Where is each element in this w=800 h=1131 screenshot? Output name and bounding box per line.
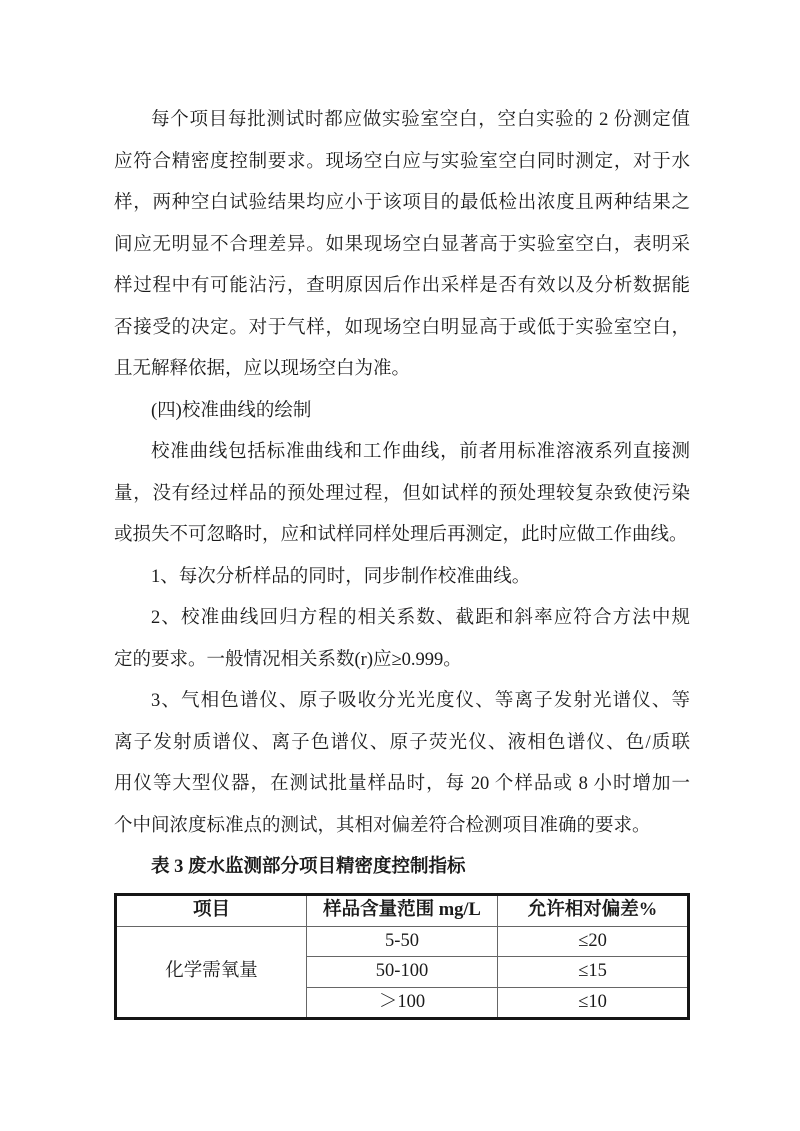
heading-section-4-calibration-curve: (四)校准曲线的绘制 [114, 391, 690, 433]
table-cell-range: 50-100 [307, 957, 498, 988]
table-cell-range: 5-50 [307, 926, 498, 957]
text-line: 应符合精密度控制要求。现场空白应与实验室空白同时测定，对于水 [114, 142, 690, 184]
table-header-row: 项目样品含量范围 mg/L允许相对偏差% [116, 894, 689, 926]
table-body: 化学需氧量5-50≤2050-100≤15＞100≤10 [116, 926, 689, 1019]
text-line: 每个项目每批测试时都应做实验室空白，空白实验的 2 份测定值 [114, 100, 690, 142]
text-line: 校准曲线包括标准曲线和工作曲线，前者用标准溶液系列直接测 [114, 432, 690, 474]
precision-control-table: 项目样品含量范围 mg/L允许相对偏差% 化学需氧量5-50≤2050-100≤… [114, 893, 690, 1021]
text-line: 1、每次分析样品的同时，同步制作校准曲线。 [114, 557, 690, 599]
text-line: 间应无明显不合理差异。如果现场空白显著高于实验室空白，表明采 [114, 225, 690, 267]
table-cell-project: 化学需氧量 [116, 926, 307, 1019]
table-header-cell: 允许相对偏差% [498, 894, 689, 926]
table-cell-range: ＞100 [307, 987, 498, 1019]
table-cell-deviation: ≤15 [498, 957, 689, 988]
text-line: 个中间浓度标准点的测试，其相对偏差符合检测项目准确的要求。 [114, 806, 690, 848]
table-caption: 表 3 废水监测部分项目精密度控制指标 [114, 847, 690, 889]
text-line: 否接受的决定。对于气样，如现场空白明显高于或低于实验室空白， [114, 308, 690, 350]
text-line: 或损失不可忽略时，应和试样同样处理后再测定，此时应做工作曲线。 [114, 515, 690, 557]
table-caption-row: 表 3 废水监测部分项目精密度控制指标 [114, 847, 690, 889]
table-cell-deviation: ≤10 [498, 987, 689, 1019]
table-row: 化学需氧量5-50≤20 [116, 926, 689, 957]
list-item-2-regression-requirements: 2、校准曲线回归方程的相关系数、截距和斜率应符合方法中规定的要求。一般情况相关系… [114, 598, 690, 681]
table-header-cell: 样品含量范围 mg/L [307, 894, 498, 926]
document-body: 每个项目每批测试时都应做实验室空白，空白实验的 2 份测定值应符合精密度控制要求… [114, 100, 690, 847]
text-line: 样过程中有可能沾污，查明原因后作出采样是否有效以及分析数据能 [114, 266, 690, 308]
table-header-cell: 项目 [116, 894, 307, 926]
text-line: 3、气相色谱仪、原子吸收分光光度仪、等离子发射光谱仪、等 [114, 681, 690, 723]
list-item-1-sync-calibration: 1、每次分析样品的同时，同步制作校准曲线。 [114, 557, 690, 599]
table-cell-deviation: ≤20 [498, 926, 689, 957]
text-line: 且无解释依据，应以现场空白为准。 [114, 349, 690, 391]
document-page: 每个项目每批测试时都应做实验室空白，空白实验的 2 份测定值应符合精密度控制要求… [0, 0, 800, 1131]
text-line: 离子发射质谱仪、离子色谱仪、原子荧光仪、液相色谱仪、色/质联 [114, 723, 690, 765]
text-line: 量，没有经过样品的预处理过程，但如试样的预处理较复杂致使污染 [114, 474, 690, 516]
text-line: 用仪等大型仪器，在测试批量样品时，每 20 个样品或 8 小时增加一 [114, 764, 690, 806]
text-line: 2、校准曲线回归方程的相关系数、截距和斜率应符合方法中规 [114, 598, 690, 640]
paragraph-calibration-curve-definition: 校准曲线包括标准曲线和工作曲线，前者用标准溶液系列直接测量，没有经过样品的预处理… [114, 432, 690, 557]
text-line: (四)校准曲线的绘制 [114, 391, 690, 433]
text-line: 定的要求。一般情况相关系数(r)应≥0.999。 [114, 640, 690, 682]
list-item-3-large-instruments: 3、气相色谱仪、原子吸收分光光度仪、等离子发射光谱仪、等离子发射质谱仪、离子色谱… [114, 681, 690, 847]
paragraph-lab-blank-requirements: 每个项目每批测试时都应做实验室空白，空白实验的 2 份测定值应符合精密度控制要求… [114, 100, 690, 391]
text-line: 样，两种空白试验结果均应小于该项目的最低检出浓度且两种结果之 [114, 183, 690, 225]
